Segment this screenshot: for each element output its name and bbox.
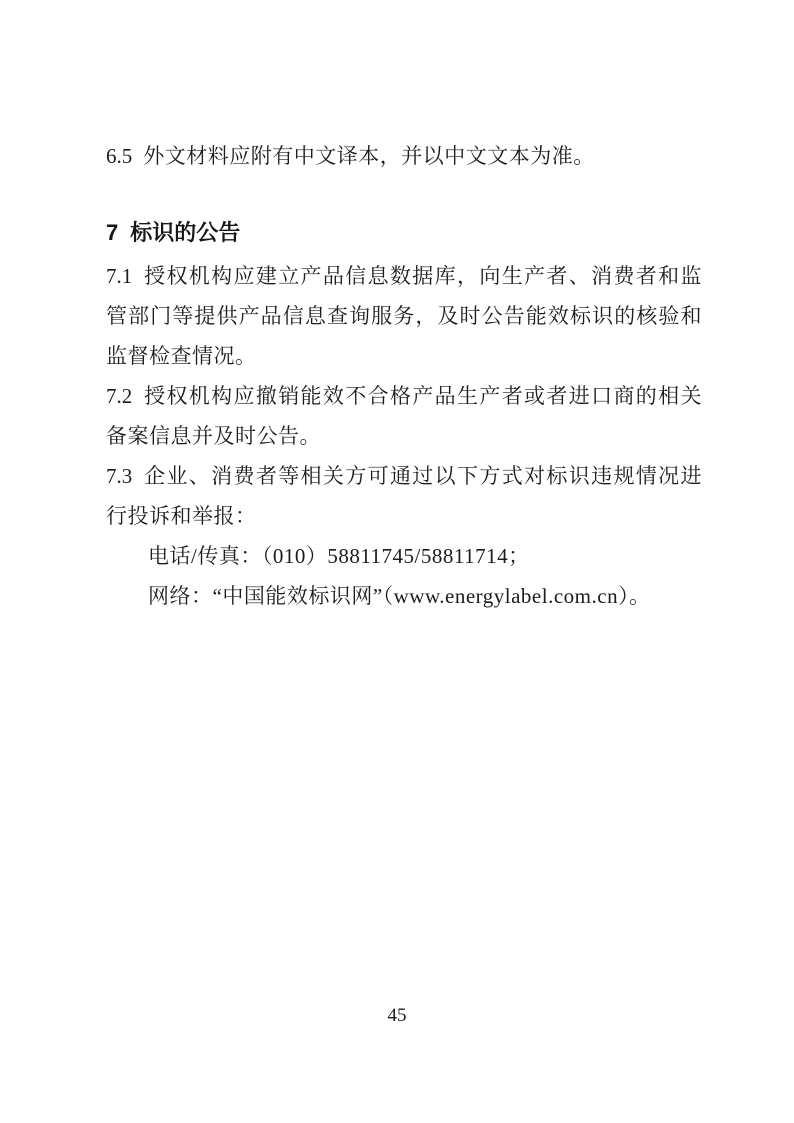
clause-7-2-text: 授权机构应撤销能效不合格产品生产者或者进口商的相关备案信息并及时公告。 xyxy=(106,384,702,448)
contact-web-line: 网络：“中国能效标识网”（www.energylabel.com.cn）。 xyxy=(106,576,702,616)
document-content: 6.5外文材料应附有中文译本，并以中文文本为准。 7标识的公告 7.1授权机构应… xyxy=(106,136,702,616)
contact-phone-line: 电话/传真：（010）58811745/58811714； xyxy=(106,536,702,576)
section-7-number: 7 xyxy=(106,220,118,245)
clause-7-1: 7.1授权机构应建立产品信息数据库，向生产者、消费者和监管部门等提供产品信息查询… xyxy=(106,256,702,376)
clause-7-3-text: 企业、消费者等相关方可通过以下方式对标识违规情况进行投诉和举报： xyxy=(106,464,702,528)
clause-7-2-number: 7.2 xyxy=(106,384,132,408)
clause-7-3: 7.3企业、消费者等相关方可通过以下方式对标识违规情况进行投诉和举报： xyxy=(106,456,702,536)
page-number: 45 xyxy=(0,1003,794,1029)
clause-7-1-text: 授权机构应建立产品信息数据库，向生产者、消费者和监管部门等提供产品信息查询服务，… xyxy=(106,264,702,368)
section-7-title: 标识的公告 xyxy=(130,220,240,245)
section-7-heading: 7标识的公告 xyxy=(106,213,702,253)
document-page: 6.5外文材料应附有中文译本，并以中文文本为准。 7标识的公告 7.1授权机构应… xyxy=(0,0,794,1123)
clause-6-5-text: 外文材料应附有中文译本，并以中文文本为准。 xyxy=(143,144,595,168)
clause-6-5-number: 6.5 xyxy=(106,144,132,168)
clause-7-2: 7.2授权机构应撤销能效不合格产品生产者或者进口商的相关备案信息并及时公告。 xyxy=(106,376,702,456)
clause-6-5: 6.5外文材料应附有中文译本，并以中文文本为准。 xyxy=(106,136,702,176)
clause-7-3-number: 7.3 xyxy=(106,464,132,488)
clause-7-1-number: 7.1 xyxy=(106,264,132,288)
